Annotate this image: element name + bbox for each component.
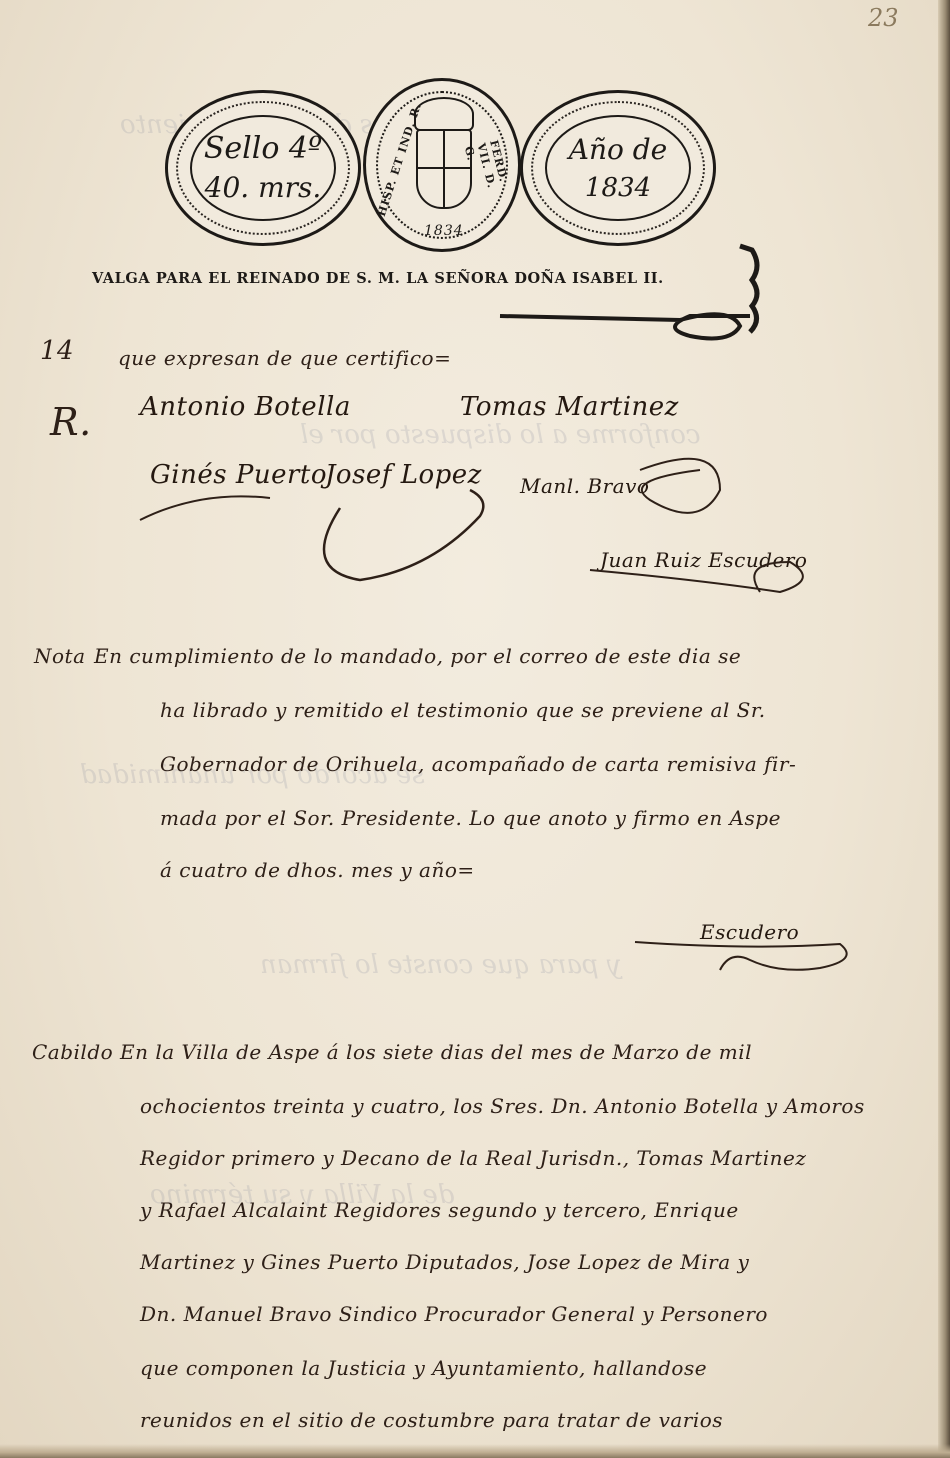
bleed-through-text: y para que conste lo firman xyxy=(260,950,622,980)
nota-line: á cuatro de dhos. mes y año= xyxy=(160,858,475,882)
nota-rubric-icon xyxy=(630,920,860,980)
stamp-left-oval: Sello 4º 40. mrs. xyxy=(165,90,361,246)
folio-number: 23 xyxy=(868,4,899,32)
cabildo-line: reunidos en el sitio de costumbre para t… xyxy=(140,1408,723,1432)
royal-seal: HISP. ET IND. R. FERD. VII. D. G. 1834 xyxy=(363,78,521,252)
cabildo-line: ochocientos treinta y cuatro, los Sres. … xyxy=(140,1094,865,1118)
crown-icon xyxy=(414,97,474,131)
coat-of-arms-icon xyxy=(416,129,472,209)
page-edge xyxy=(938,0,950,1458)
revenue-stamp: Sello 4º 40. mrs. HISP. ET IND. R. FERD.… xyxy=(165,78,715,248)
nota-line: Gobernador de Orihuela, acompañado de ca… xyxy=(160,752,796,776)
nota-line: En cumplimiento de lo mandado, por el co… xyxy=(94,644,741,668)
cabildo-line: y Rafael Alcalaint Regidores segundo y t… xyxy=(140,1198,739,1222)
cabildo-line: Regidor primero y Decano de la Real Juri… xyxy=(140,1146,806,1170)
document-page: Acuerdos del Ayuntamiento conforme a lo … xyxy=(0,0,950,1458)
cabildo-line: Dn. Manuel Bravo Sindico Procurador Gene… xyxy=(140,1302,768,1326)
margin-label-nota: Nota xyxy=(34,644,86,668)
stamp-year: 1834 xyxy=(523,173,713,203)
nota-line: ha librado y remitido el testimonio que … xyxy=(160,698,766,722)
stamp-right-oval: Año de 1834 xyxy=(520,90,716,246)
stamp-value: 40. mrs. xyxy=(168,171,358,204)
cabildo-line: que componen la Justicia y Ayuntamiento,… xyxy=(140,1356,707,1380)
signature-rubrics-icon xyxy=(0,330,950,630)
stamp-class: Sello 4º xyxy=(168,131,358,166)
nota-line: mada por el Sor. Presidente. Lo que anot… xyxy=(160,806,781,830)
seal-year: 1834 xyxy=(424,223,464,239)
margin-label-cabildo: Cabildo xyxy=(32,1040,113,1064)
cabildo-line: En la Villa de Aspe á los siete dias del… xyxy=(120,1040,752,1064)
page-bottom-edge xyxy=(0,1444,950,1458)
cabildo-line: Martinez y Gines Puerto Diputados, Jose … xyxy=(140,1250,749,1274)
stamp-year-label: Año de xyxy=(523,133,713,166)
